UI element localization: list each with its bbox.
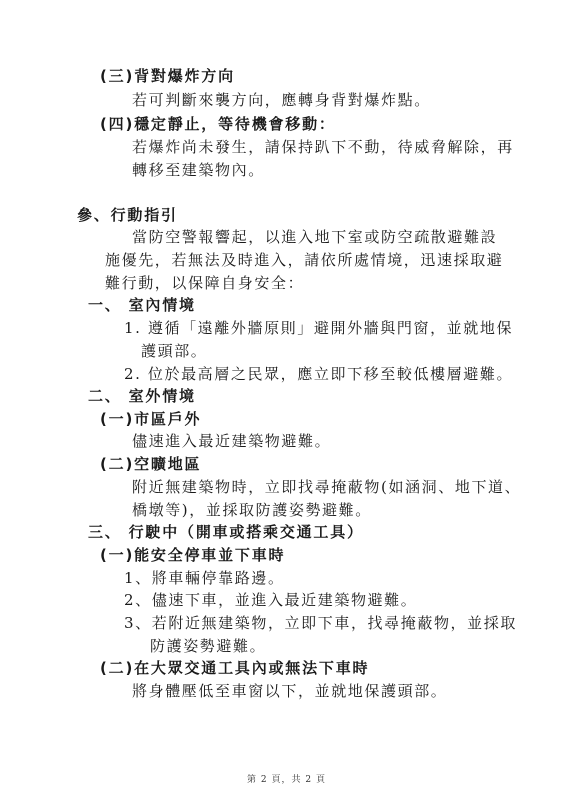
paragraph: 轉移至建築物內。 [132, 160, 265, 180]
subheading-safe-stop: (一)能安全停車並下車時 [100, 545, 285, 565]
list-item: 2. 位於最高層之民眾，應立即下移至較低樓層避難。 [124, 364, 513, 384]
subheading-face-away: (三)背對爆炸方向 [100, 66, 235, 86]
paragraph: 當防空警報響起，以進入地下室或防空疏散避難設 [132, 227, 497, 247]
heading-outdoor: 二、 室外情境 [88, 386, 196, 406]
paragraph: 若爆炸尚未發生，請保持趴下不動，待威脅解除，再 [132, 137, 514, 157]
list-item-continuation: 防護姿勢避難。 [150, 636, 266, 656]
list-item: 3、若附近無建築物，立即下車，找尋掩蔽物，並採取 [124, 613, 517, 633]
page-number-footer: 第 2 頁，共 2 頁 [0, 772, 573, 785]
subheading-open-area: (二)空曠地區 [100, 454, 201, 474]
subheading-public-transport: (二)在大眾交通工具內或無法下車時 [100, 658, 369, 678]
list-item: 1. 遵循「遠離外牆原則」避開外牆與門窗，並就地保 [124, 318, 513, 338]
paragraph: 儘速進入最近建築物避難。 [132, 431, 331, 451]
heading-indoor: 一、 室內情境 [88, 295, 196, 315]
paragraph: 難行動，以保障自身安全： [105, 273, 304, 293]
paragraph: 若可判斷來襲方向，應轉身背對爆炸點。 [132, 90, 431, 110]
list-item-continuation: 護頭部。 [141, 341, 207, 361]
subheading-urban: (一)市區戶外 [100, 409, 201, 429]
paragraph: 附近無建築物時，立即找尋掩蔽物(如涵洞、地下道、 [132, 477, 521, 497]
paragraph: 將身體壓低至車窗以下，並就地保護頭部。 [132, 681, 447, 701]
list-item: 2、儘速下車，並進入最近建築物避難。 [124, 590, 417, 610]
list-item: 1、將車輛停靠路邊。 [124, 568, 285, 588]
section-heading-action-guide: 參、行動指引 [77, 205, 178, 225]
subheading-stay-still: (四)穩定靜止，等待機會移動： [100, 114, 336, 134]
paragraph: 橋墩等)，並採取防護姿勢避難。 [132, 500, 372, 520]
paragraph: 施優先，若無法及時進入，請依所處情境，迅速採取避 [105, 250, 503, 270]
heading-driving: 三、 行駛中（開車或搭乘交通工具） [88, 522, 364, 542]
